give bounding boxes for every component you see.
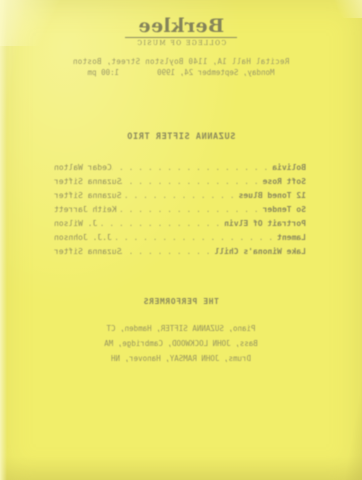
- venue-line: Recital Hall 1A, 1140 Boylston Street, B…: [0, 56, 362, 67]
- berklee-logo: Berklee COLLEGE OF MUSIC: [0, 17, 362, 47]
- performers-heading: THE PERFORMERS: [0, 297, 362, 306]
- composer-name: J.J. Johnson: [54, 233, 112, 242]
- piece-title: Soft Rose: [263, 177, 306, 186]
- program-sheet: Berklee COLLEGE OF MUSIC Recital Hall 1A…: [0, 0, 362, 480]
- composer-name: J. Wilson: [54, 219, 97, 228]
- piece-title: Bolivia: [272, 163, 306, 172]
- performer-line: Drums, JOHN RAMSAY, Hanover, NH: [0, 351, 362, 366]
- performer-line: Bass, JOHN LOCKWOOD, Cambridge, MA: [0, 336, 362, 351]
- performer-line: Piano, SUZANNA SIFTER, Hamden, CT: [0, 321, 362, 336]
- composer-name: Keith Jarrett: [54, 205, 117, 214]
- piece-title: 12 Toned Blues: [239, 191, 306, 200]
- program-row: Bolivia . . . . . . . . . . . . . . . . …: [54, 163, 306, 177]
- datetime-line: Monday, September 24, 19901:00 pm: [0, 67, 362, 78]
- dot-leader: . . . . . . . . . . . . . . . . . . . . …: [121, 247, 214, 256]
- composer-name: Suzanna Sifter: [54, 191, 121, 200]
- program-row: Soft Rose . . . . . . . . . . . . . . . …: [54, 177, 306, 191]
- time-text: 1:00 pm: [88, 68, 120, 77]
- recital-title: SUZANNA SIFTER TRIO: [0, 132, 362, 142]
- logo-rule: [125, 37, 237, 38]
- dot-leader: . . . . . . . . . . . . . . . . . . . . …: [112, 233, 277, 242]
- composer-name: Cedar Walton: [54, 163, 112, 172]
- logo-wordmark: Berklee: [0, 17, 362, 36]
- piece-title: Portrait Of Elvin: [224, 219, 306, 228]
- dot-leader: . . . . . . . . . . . . . . . . . . . . …: [97, 219, 224, 228]
- show-through-print: Berklee COLLEGE OF MUSIC Recital Hall 1A…: [0, 0, 362, 480]
- piece-title: Lament: [277, 233, 306, 242]
- piece-title: So Tender: [263, 205, 306, 214]
- piece-title: Lake Winona's Chill: [214, 247, 306, 256]
- program-row: Lament . . . . . . . . . . . . . . . . .…: [54, 233, 306, 247]
- date-text: Monday, September 24, 1990: [157, 68, 274, 77]
- program-row: Lake Winona's Chill . . . . . . . . . . …: [54, 247, 306, 261]
- program-row: So Tender . . . . . . . . . . . . . . . …: [54, 205, 306, 219]
- dot-leader: . . . . . . . . . . . . . . . . . . . . …: [117, 205, 263, 214]
- composer-name: Suzanna Sifter: [54, 177, 121, 186]
- logo-subtitle: COLLEGE OF MUSIC: [0, 40, 362, 47]
- program-row: 12 Toned Blues . . . . . . . . . . . . .…: [54, 191, 306, 205]
- composer-name: Suzanna Sifter: [54, 247, 121, 256]
- dot-leader: . . . . . . . . . . . . . . . . . . . . …: [112, 163, 272, 172]
- dot-leader: . . . . . . . . . . . . . . . . . . . . …: [121, 191, 238, 200]
- program-list: Bolivia . . . . . . . . . . . . . . . . …: [54, 163, 306, 261]
- performers-list: Piano, SUZANNA SIFTER, Hamden, CT Bass, …: [0, 321, 362, 366]
- program-row: Portrait Of Elvin . . . . . . . . . . . …: [54, 219, 306, 233]
- dot-leader: . . . . . . . . . . . . . . . . . . . . …: [121, 177, 262, 186]
